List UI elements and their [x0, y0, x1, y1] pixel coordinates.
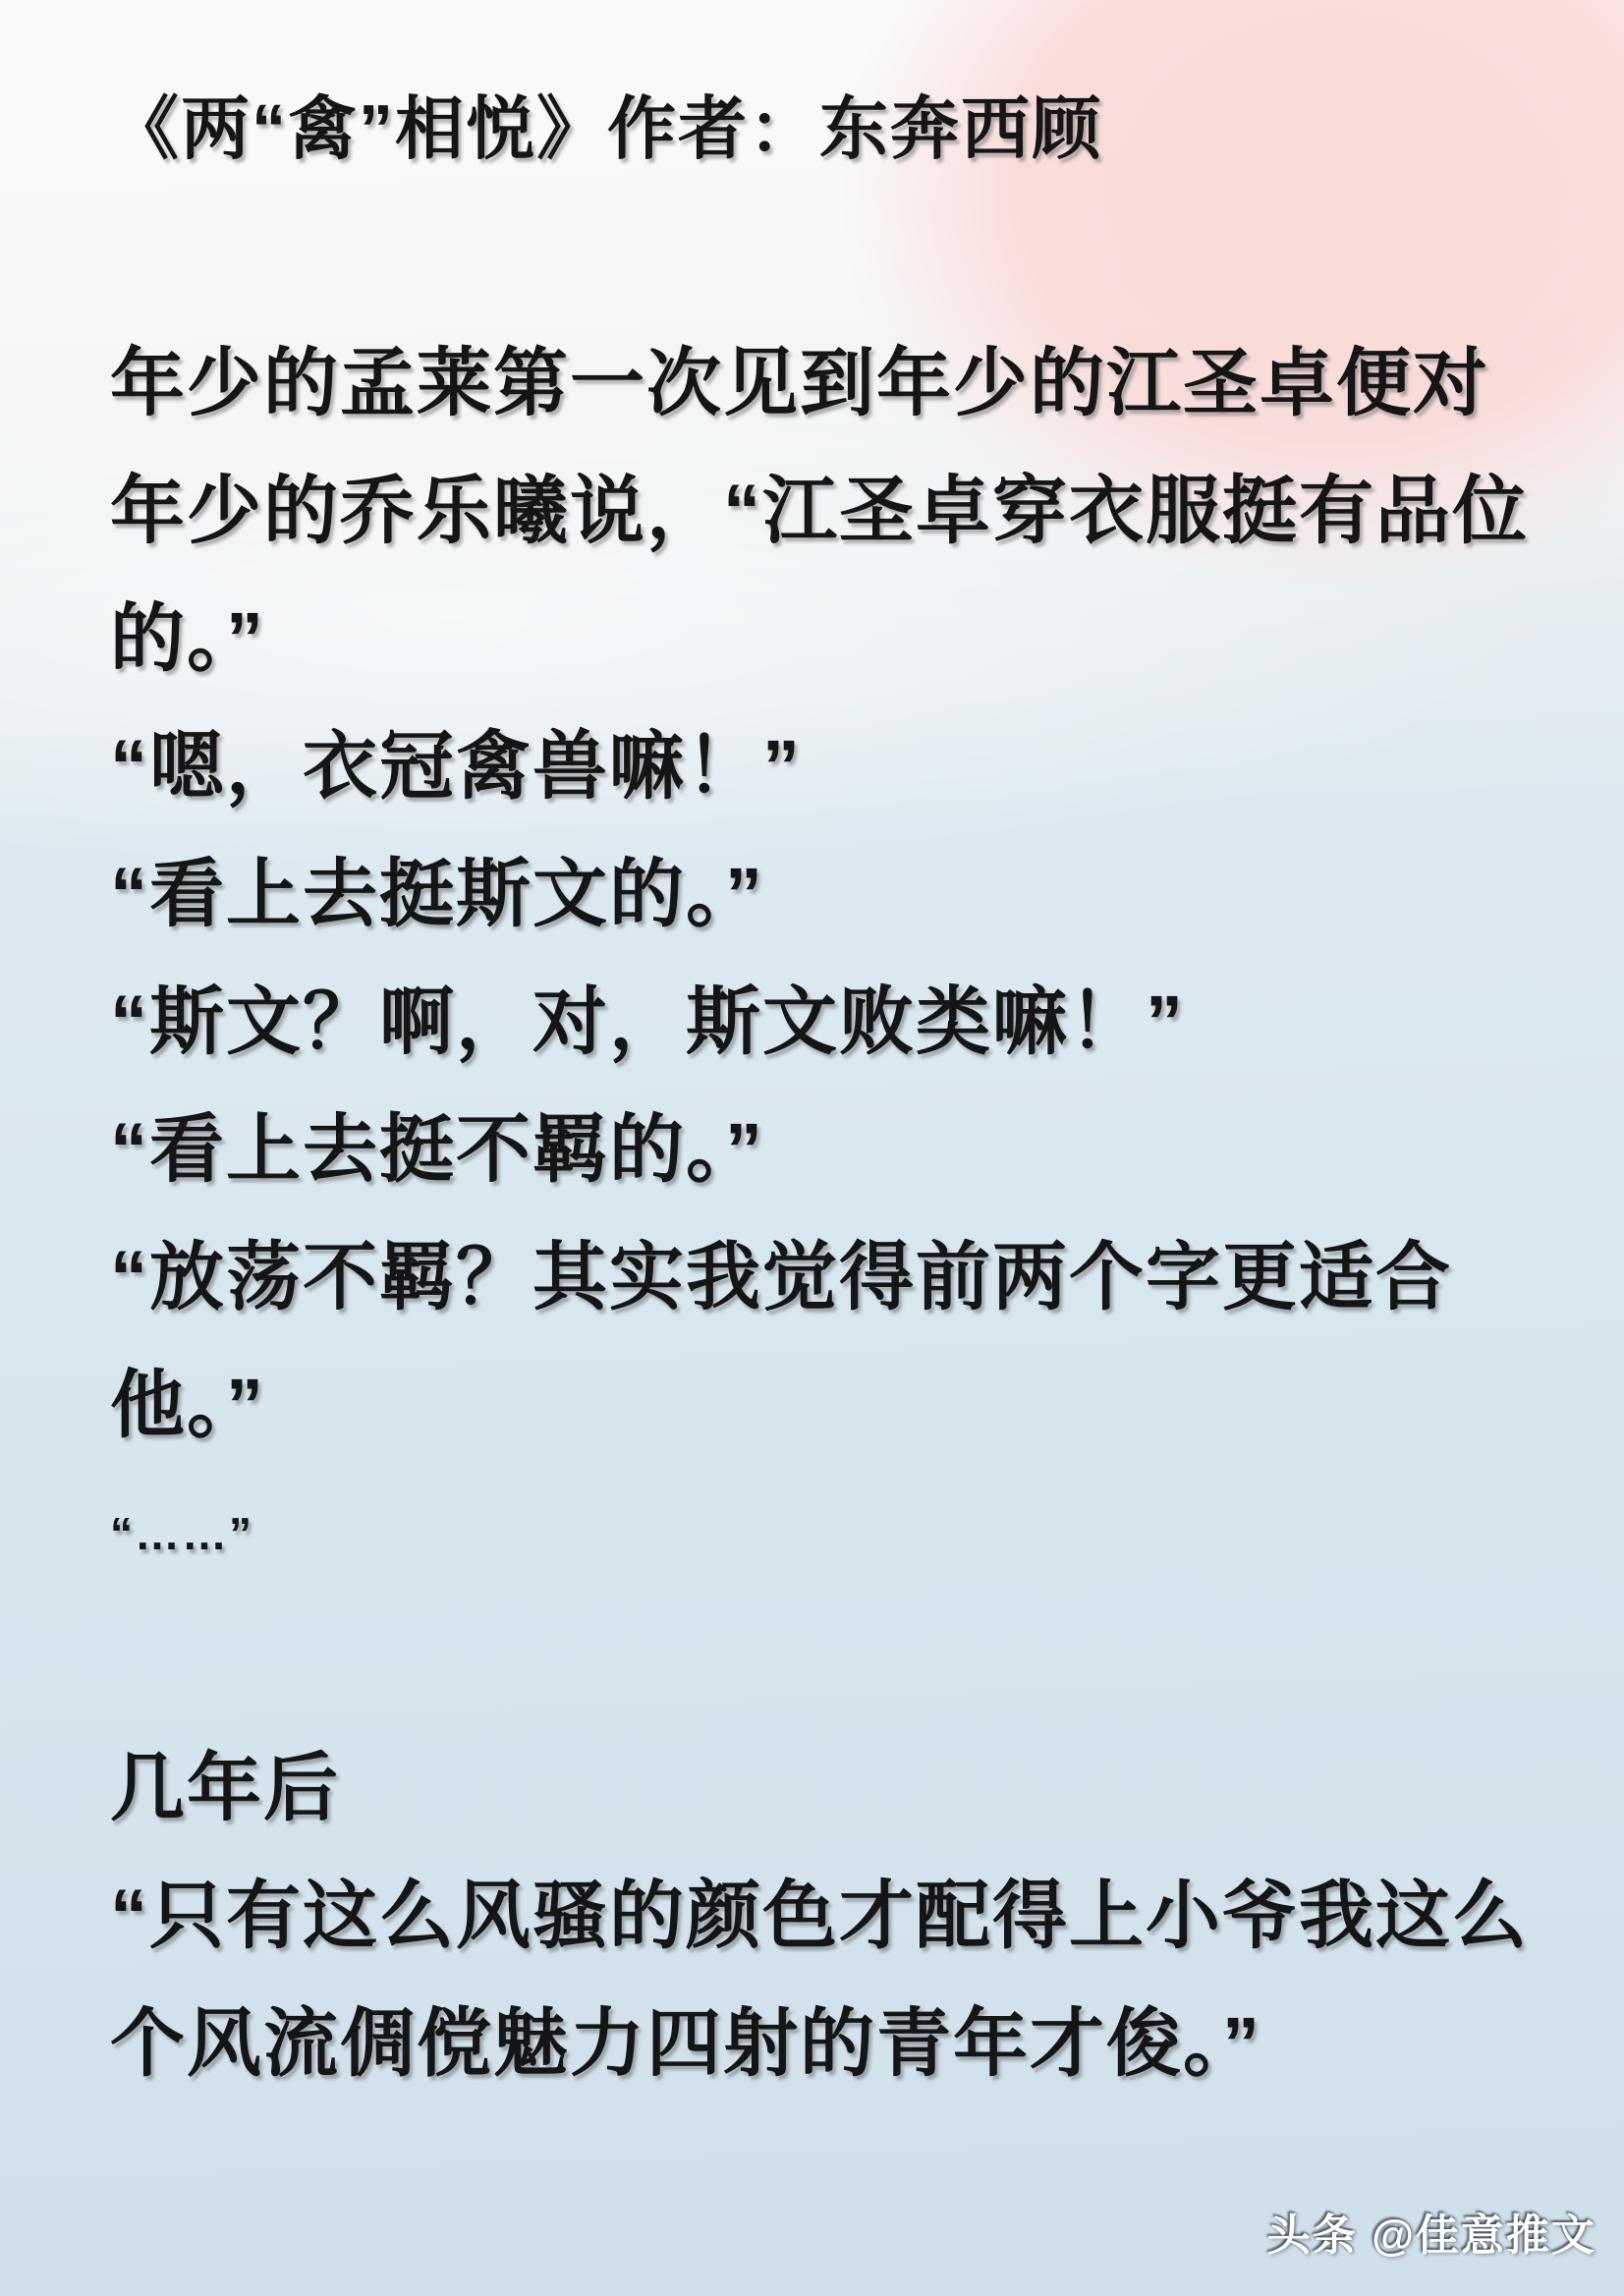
dialogue-line: “只有这么风骚的颜色才配得上小爷我这么: [110, 1853, 1565, 1981]
dialogue-line: 他。”: [110, 1342, 1565, 1470]
dialogue-line: “放荡不羁？其实我觉得前两个字更适合: [110, 1214, 1565, 1342]
section-line: 几年后: [110, 1725, 1565, 1853]
novel-title: 《两“禽”相悦》作者：东奔西顾: [110, 65, 1565, 193]
novel-excerpt-page: 《两“禽”相悦》作者：东奔西顾 年少的孟莱第一次见到年少的江圣卓便对 年少的乔乐…: [0, 0, 1624, 2296]
watermark: 头条 @佳意推文: [1267, 2200, 1596, 2263]
dialogue-line: “看上去挺不羁的。”: [110, 1087, 1565, 1214]
blank-line: [110, 1597, 1565, 1725]
blank-line: [110, 193, 1565, 320]
dialogue-line: 个风流倜傥魅力四射的青年才俊。”: [110, 1981, 1565, 2108]
text-line: 年少的孟莱第一次见到年少的江圣卓便对: [110, 320, 1565, 448]
dialogue-line: “嗯，衣冠禽兽嘛！”: [110, 703, 1565, 831]
dialogue-line: “看上去挺斯文的。”: [110, 831, 1565, 959]
text-line: 年少的乔乐曦说，“江圣卓穿衣服挺有品位: [110, 448, 1565, 576]
ellipsis-line: “……”: [110, 1470, 1565, 1597]
text-content: 《两“禽”相悦》作者：东奔西顾 年少的孟莱第一次见到年少的江圣卓便对 年少的乔乐…: [110, 65, 1565, 2108]
text-line: 的。”: [110, 576, 1565, 703]
dialogue-line: “斯文？啊，对，斯文败类嘛！”: [110, 959, 1565, 1087]
